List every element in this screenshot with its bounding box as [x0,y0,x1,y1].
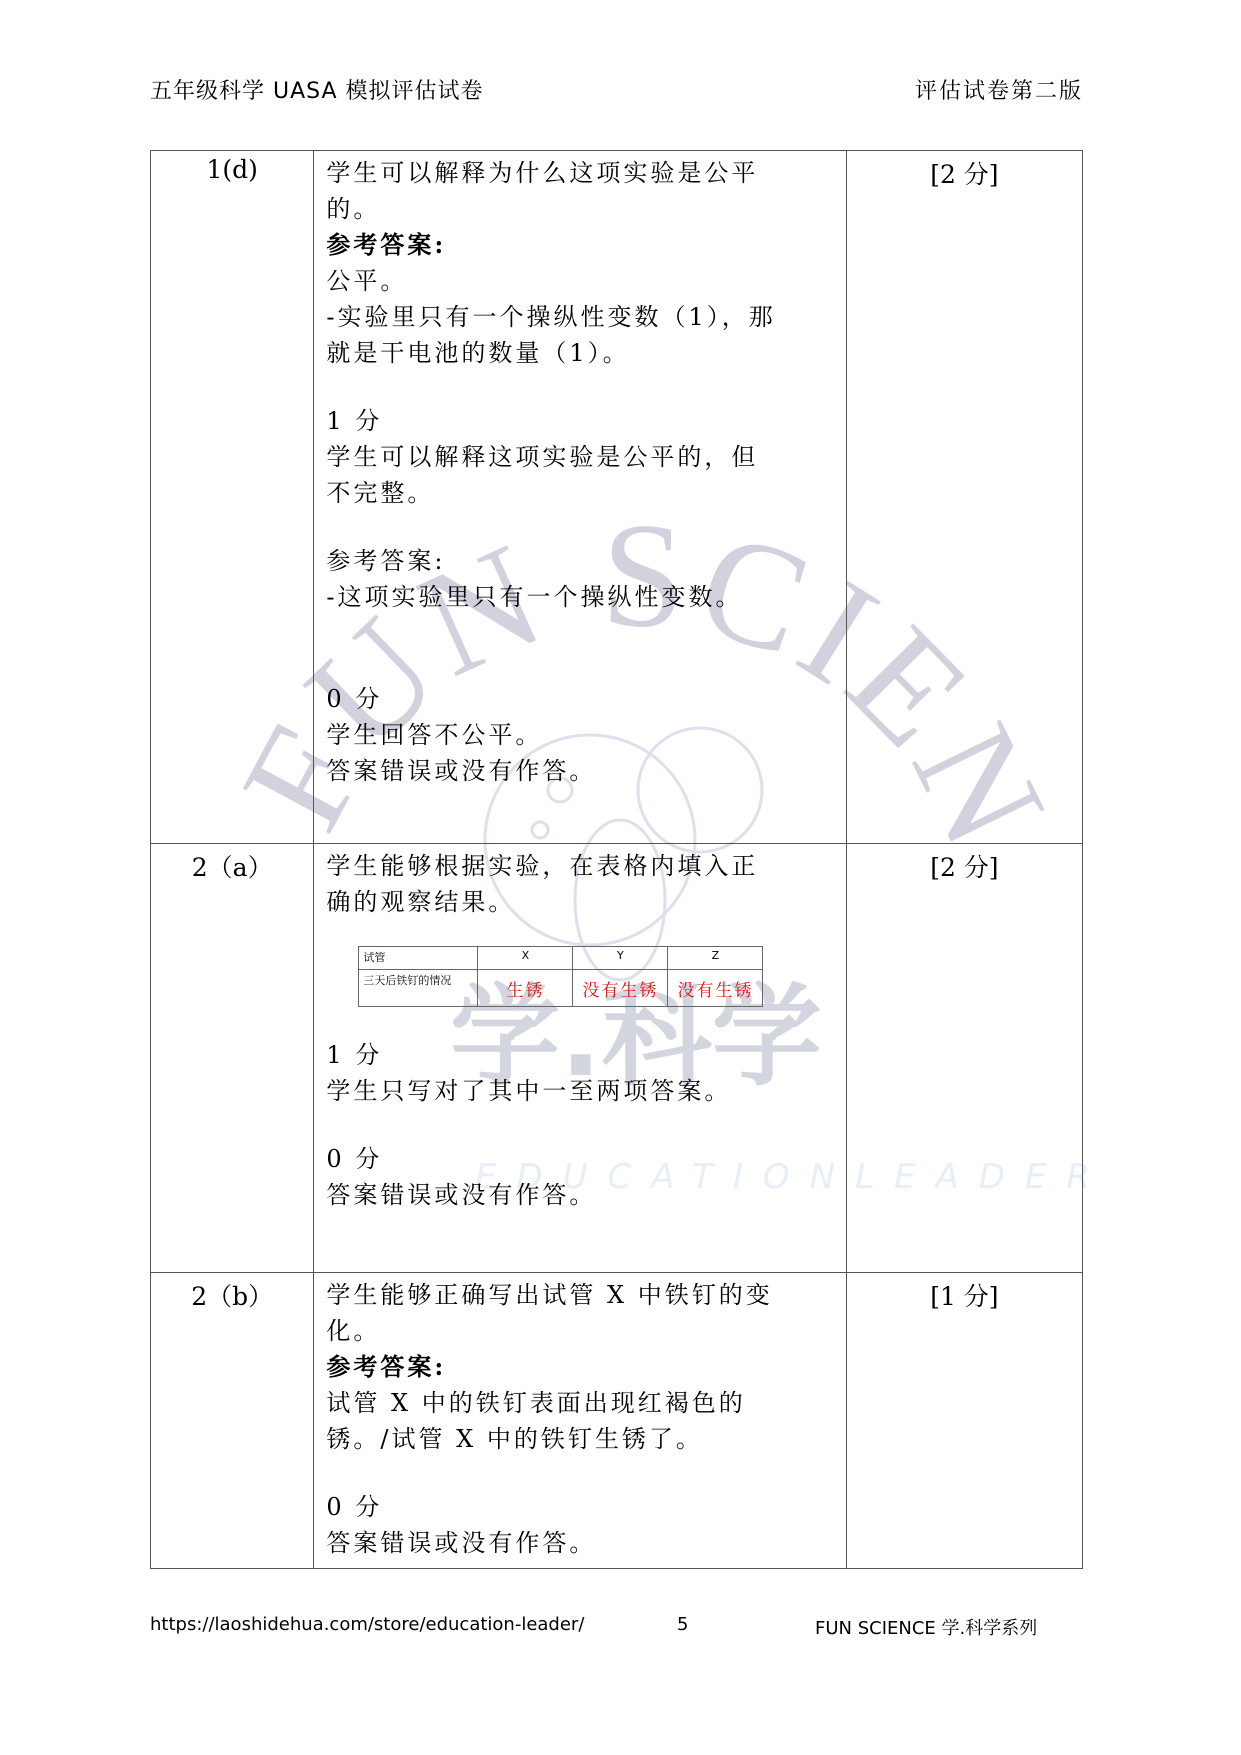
reference-answer-label: 参考答案: [326,1349,833,1385]
observation-header-label: 试管 [359,947,478,970]
criteria-line: 不完整。 [326,475,833,511]
question-number: 1(d) [151,151,314,844]
spacer [326,615,833,681]
header-paper-version: 评估试卷第二版 [915,74,1083,105]
answer-line: 试管 X 中的铁钉表面出现红褐色的 [326,1385,833,1421]
criteria-line: 学生回答不公平。 [326,717,833,753]
spacer [326,511,833,543]
criteria-line: 学生只写对了其中一至两项答案。 [326,1073,833,1109]
observation-value-z: 没有生锈 [668,970,763,1007]
answer-line: 锈。/试管 X 中的铁钉生锈了。 [326,1421,833,1457]
table-row: 2（b） 学生能够正确写出试管 X 中铁钉的变 化。 参考答案: 试管 X 中的… [151,1273,1083,1569]
score-label: 0 分 [326,1141,833,1177]
spacer [326,1109,833,1141]
score-label: 0 分 [326,1489,833,1525]
table-row: 2（a） 学生能够根据实验，在表格内填入正 确的观察结果。 试管 X Y Z 三… [151,844,1083,1273]
header-exam-title: 五年级科学 UASA 模拟评估试卷 [150,74,484,105]
observation-row-label: 三天后铁钉的情况 [359,970,478,1007]
footer-store-link[interactable]: https://laoshidehua.com/store/education-… [150,1614,584,1635]
answer-line: 就是干电池的数量（1）。 [326,335,833,371]
criteria-line: 答案错误或没有作答。 [326,1177,833,1213]
question-number: 2（a） [151,844,314,1273]
criteria-line: 确的观察结果。 [326,884,833,920]
footer-series-brand: FUN SCIENCE 学.科学系列 [815,1614,1037,1640]
criteria-line: 答案错误或没有作答。 [326,753,833,789]
reference-answer-label: 参考答案: [326,227,833,263]
spacer [326,1457,833,1489]
spacer [326,371,833,403]
observation-column-y: Y [573,947,668,970]
criteria-cell: 学生能够正确写出试管 X 中铁钉的变 化。 参考答案: 试管 X 中的铁钉表面出… [314,1273,846,1569]
criteria-line: 学生能够根据实验，在表格内填入正 [326,848,833,884]
reference-answer-label: 参考答案: [326,543,833,579]
criteria-cell: 学生能够根据实验，在表格内填入正 确的观察结果。 试管 X Y Z 三天后铁钉的… [314,844,846,1273]
criteria-line: 答案错误或没有作答。 [326,1525,833,1561]
observation-table: 试管 X Y Z 三天后铁钉的情况 生锈 没有生锈 没有生锈 [358,946,763,1007]
observation-value-y: 没有生锈 [573,970,668,1007]
marks-cell: [2 分] [846,151,1082,844]
answer-line: 公平。 [326,263,833,299]
criteria-line: 学生可以解释为什么这项实验是公平 [326,155,833,191]
observation-column-x: X [478,947,573,970]
marking-scheme-table: 1(d) 学生可以解释为什么这项实验是公平 的。 参考答案: 公平。 -实验里只… [150,150,1083,1569]
criteria-line: 化。 [326,1313,833,1349]
marks-cell: [2 分] [846,844,1082,1273]
criteria-line: 的。 [326,191,833,227]
score-label: 1 分 [326,1037,833,1073]
observation-value-x: 生锈 [478,970,573,1007]
answer-line: -这项实验里只有一个操纵性变数。 [326,579,833,615]
criteria-line: 学生能够正确写出试管 X 中铁钉的变 [326,1277,833,1313]
question-number: 2（b） [151,1273,314,1569]
table-row: 1(d) 学生可以解释为什么这项实验是公平 的。 参考答案: 公平。 -实验里只… [151,151,1083,844]
page-number: 5 [677,1614,688,1635]
score-label: 0 分 [326,681,833,717]
criteria-cell: 学生可以解释为什么这项实验是公平 的。 参考答案: 公平。 -实验里只有一个操纵… [314,151,846,844]
observation-column-z: Z [668,947,763,970]
marks-cell: [1 分] [846,1273,1082,1569]
answer-line: -实验里只有一个操纵性变数（1），那 [326,299,833,335]
criteria-line: 学生可以解释这项实验是公平的，但 [326,439,833,475]
score-label: 1 分 [326,403,833,439]
